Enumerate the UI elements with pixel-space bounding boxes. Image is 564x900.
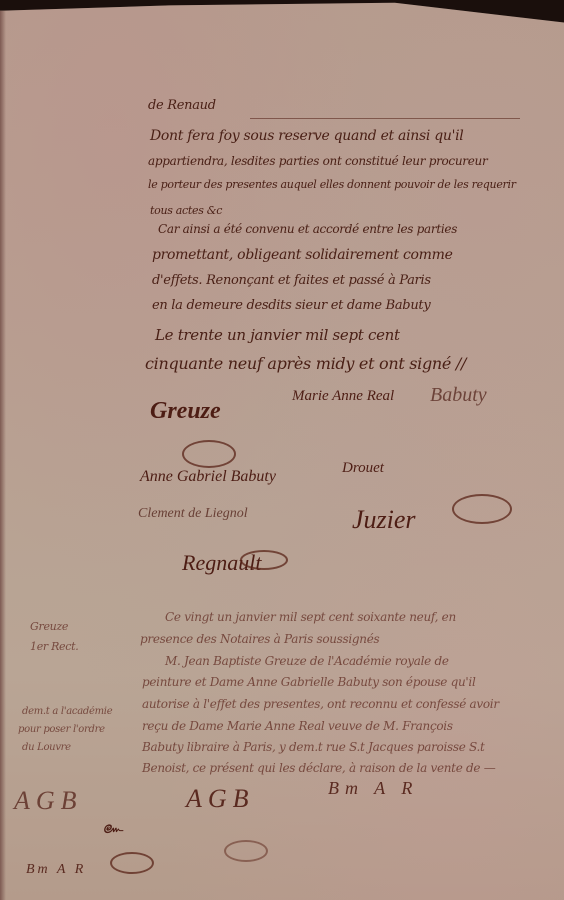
text-line-5: tous actes &c: [150, 204, 222, 217]
annotation-line-8: Benoist, ce présent qui les déclare, à r…: [142, 761, 495, 775]
initials-agb-right: AGB: [186, 784, 255, 814]
annotation-line-3: M. Jean Baptiste Greuze de l'Académie ro…: [165, 654, 449, 668]
bottom-left-flourish: [110, 852, 154, 874]
text-line-6: Car ainsi a été convenu et accordé entre…: [158, 222, 457, 236]
mark-bm-a-r-right: Bm A R: [328, 778, 418, 799]
margin-note-bottom-3: du Louvre: [22, 742, 71, 753]
mark-bm-a-r-left: Bm A R: [26, 862, 86, 878]
text-line-8: d'effets. Renonçant et faites et passé à…: [152, 273, 431, 288]
annotation-line-4: peinture et Dame Anne Gabrielle Babuty s…: [142, 675, 476, 689]
text-line-1: de Renaud: [148, 98, 216, 113]
text-line-7: promettant, obligeant solidairement comm…: [152, 247, 453, 263]
signature-clement: Clement de Liegnol: [138, 506, 248, 522]
initials-agb-left: AGB: [14, 786, 83, 816]
manuscript-page: de Renaud Dont fera foy sous reserve qua…: [0, 0, 564, 900]
annotation-line-1: Ce vingt un janvier mil sept cent soixan…: [165, 610, 456, 624]
annotation-line-7: Babuty libraire à Paris, y dem.t rue S.t…: [142, 740, 485, 754]
line-rule: [250, 118, 520, 119]
text-line-9: en la demeure desdits sieur et dame Babu…: [152, 298, 430, 313]
signature-greuze-monogram: Greuze: [150, 398, 221, 425]
signature-babuty: Babuty: [430, 384, 487, 407]
annotation-line-6: reçu de Dame Marie Anne Real veuve de M.…: [142, 719, 453, 733]
text-line-2: Dont fera foy sous reserve quand et ains…: [150, 128, 463, 144]
margin-note-bottom-2: pour poser l'ordre: [18, 724, 105, 735]
text-line-10: Le trente un janvier mil sept cent: [155, 326, 400, 344]
text-line-3: appartiendra, lesdites parties ont const…: [148, 154, 487, 168]
regnault-flourish: [240, 550, 288, 570]
annotation-line-5: autorise à l'effet des presentes, ont re…: [142, 697, 499, 711]
signature-anne-gabriel-babuty: Anne Gabriel Babuty: [140, 468, 276, 486]
signature-juzier: Juzier: [352, 505, 416, 535]
margin-note-top-2: 1er Rect.: [30, 640, 78, 653]
signature-drouet: Drouet: [342, 460, 384, 477]
margin-note-bottom-1: dem.t a l'académie: [22, 706, 112, 717]
signature-marie-anne-real: Marie Anne Real: [292, 388, 394, 405]
margin-note-top-1: Greuze: [30, 620, 68, 633]
text-line-11: cinquante neuf après midy et ont signé /…: [145, 354, 466, 373]
monogram-flourish: [182, 440, 236, 468]
b-flourish: [224, 840, 268, 862]
small-monogram-left: ๛: [102, 812, 123, 841]
juzier-flourish: [452, 494, 512, 524]
text-line-4: le porteur des presentes auquel elles do…: [148, 178, 516, 191]
annotation-line-2: presence des Notaires à Paris soussignés: [140, 632, 379, 646]
